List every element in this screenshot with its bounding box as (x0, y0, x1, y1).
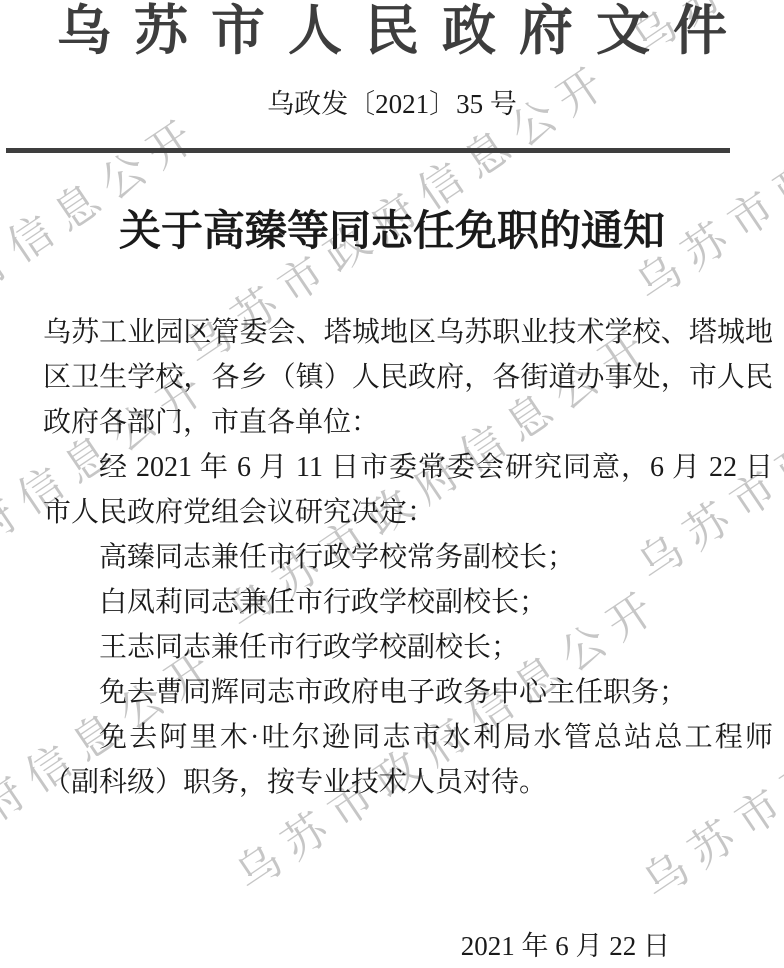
body-paragraph: 王志同志兼任市行政学校副校长； (43, 625, 773, 670)
body-paragraph: 经 2021 年 6 月 11 日市委常委会研究同意，6 月 22 日市人民政府… (43, 445, 773, 535)
document-body: 乌苏工业园区管委会、塔城地区乌苏职业技术学校、塔城地区卫生学校，各乡（镇）人民政… (43, 310, 773, 805)
notice-title: 关于高臻等同志任免职的通知 (0, 206, 784, 258)
body-paragraph: 免去阿里木·吐尔逊同志市水利局水管总站总工程师（副科级）职务，按专业技术人员对待… (43, 715, 773, 805)
body-paragraph: 白凤莉同志兼任市行政学校副校长； (43, 580, 773, 625)
document-page: 乌苏市政府信息公开乌苏市政府信息公开乌苏市政府信息公开乌苏市政府信息公开乌苏市政… (0, 0, 784, 968)
body-paragraph: 免去曹同辉同志市政府电子政务中心主任职务； (43, 670, 773, 715)
separator-rule (6, 148, 730, 153)
salutation-paragraph: 乌苏工业园区管委会、塔城地区乌苏职业技术学校、塔城地区卫生学校，各乡（镇）人民政… (43, 310, 773, 445)
doc-number: 乌政发〔2021〕35 号 (0, 86, 784, 122)
issue-date: 2021 年 6 月 22 日 (461, 926, 670, 966)
masthead-org-title: 乌苏市人民政府文件 (0, 0, 784, 62)
body-paragraph: 高臻同志兼任市行政学校常务副校长； (43, 535, 773, 580)
